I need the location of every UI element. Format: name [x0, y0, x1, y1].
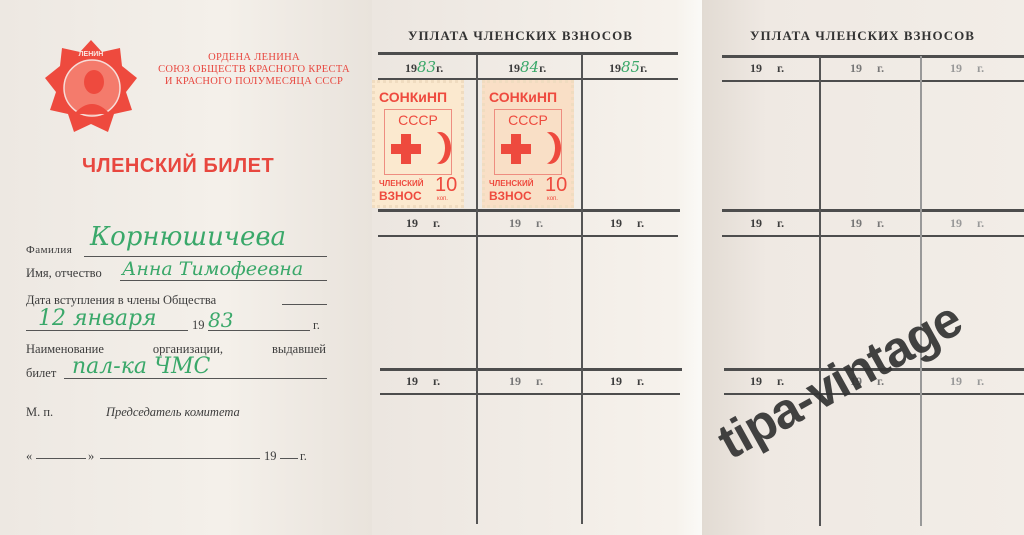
year-cell: 19 г.: [509, 374, 543, 389]
stamp-line2: ВЗНОС: [489, 189, 532, 203]
stamp-org: СОНКиНП: [489, 89, 557, 105]
column-divider: [581, 54, 583, 524]
year-cell: 19 г.: [950, 61, 984, 76]
stamp-line1: ЧЛЕНСКИЙ: [379, 179, 424, 188]
stamp-country: СССР: [495, 112, 561, 128]
table-rule: [378, 209, 680, 212]
column-divider: [476, 54, 478, 524]
join-year-value: 83: [208, 308, 233, 332]
issuing-org-value: пал-ка ЧМС: [72, 354, 210, 379]
stamp-unit: коп.: [437, 196, 448, 202]
year-cell: 19 г.: [850, 216, 884, 231]
red-cross-icon: [391, 134, 421, 164]
join-year-prefix: 19: [192, 318, 205, 333]
stamp-country: СССР: [385, 112, 451, 128]
year-cell: 19 г.: [610, 216, 644, 231]
stamp-line2: ВЗНОС: [379, 189, 422, 203]
stamp-value: 10: [545, 174, 567, 197]
dues-stamp-1983: СОНКиНП СССР ЧЛЕНСКИЙ ВЗНОС 10 коп.: [372, 80, 464, 208]
year-cell: 19 г.: [406, 216, 440, 231]
join-year-underline: [208, 330, 310, 331]
red-cross-icon: [501, 134, 531, 164]
name-value: Анна Тимофеевна: [122, 258, 303, 280]
year-cell: 19 г.: [950, 374, 984, 389]
year-cell-1983: 1983г.: [405, 58, 443, 76]
year-cell-1985: 1985г.: [609, 58, 647, 76]
year-cell: 19 г.: [750, 216, 784, 231]
name-label: Имя, отчество: [26, 266, 102, 281]
org-line-1: ОРДЕНА ЛЕНИНА: [148, 52, 360, 64]
table-rule: [722, 235, 1024, 237]
year-cell: 19 г.: [950, 216, 984, 231]
table-rule: [722, 209, 1024, 212]
red-crescent-icon: [533, 132, 555, 164]
sign-quote-close: »: [88, 449, 94, 464]
stamp-org: СОНКиНП: [379, 89, 447, 105]
dues-stamp-1984: СОНКиНП СССР ЧЛЕНСКИЙ ВЗНОС 10 коп.: [482, 80, 574, 208]
column-divider: [819, 56, 821, 526]
join-year-unit: г.: [313, 318, 320, 333]
name-underline: [120, 280, 327, 281]
emblem-label: ЛЕНИН: [79, 51, 104, 58]
table-rule: [378, 235, 678, 237]
document-title: ЧЛЕНСКИЙ БИЛЕТ: [82, 155, 274, 178]
stamp-value: 10: [435, 174, 457, 197]
table-rule: [380, 393, 680, 395]
join-day-month-value: 12 января: [38, 306, 157, 331]
table-rule: [380, 368, 682, 371]
dues-header: УПЛАТА ЧЛЕНСКИХ ВЗНОСОВ: [750, 28, 975, 44]
table-rule: [722, 55, 1024, 58]
chairman-label: Председатель комитета: [106, 405, 240, 420]
year-cell: 19 г.: [750, 61, 784, 76]
sign-quote-open: «: [26, 449, 32, 464]
year-cell: 19 г.: [406, 374, 440, 389]
year-cell: 19 г.: [850, 61, 884, 76]
sign-year-unit: г.: [300, 449, 307, 464]
order-of-lenin-emblem-icon: ЛЕНИН: [42, 38, 140, 138]
join-date-underline-1: [282, 304, 327, 305]
red-crescent-icon: [423, 132, 445, 164]
year-cell-1984: 1984г.: [508, 58, 546, 76]
surname-value: Корнюшичева: [90, 222, 286, 252]
stamp-emblem-box: СССР: [384, 109, 452, 175]
stamp-unit: коп.: [547, 196, 558, 202]
org-line-2: СОЮЗ ОБЩЕСТВ КРАСНОГО КРЕСТА: [148, 64, 360, 76]
sign-year-underline: [280, 458, 298, 459]
dues-header: УПЛАТА ЧЛЕНСКИХ ВЗНОСОВ: [408, 28, 633, 44]
organization-name: ОРДЕНА ЛЕНИНА СОЮЗ ОБЩЕСТВ КРАСНОГО КРЕС…: [148, 52, 360, 88]
stamp-line1: ЧЛЕНСКИЙ: [489, 179, 534, 188]
year-cell: 19 г.: [610, 374, 644, 389]
column-divider: [920, 56, 922, 526]
membership-card-front: ЛЕНИН ОРДЕНА ЛЕНИНА СОЮЗ ОБЩЕСТВ КРАСНОГ…: [0, 0, 372, 535]
stamp-emblem-box: СССР: [494, 109, 562, 175]
table-rule: [378, 52, 678, 55]
table-rule: [722, 80, 1024, 82]
surname-underline: [84, 256, 327, 257]
sign-year-prefix: 19: [264, 449, 277, 464]
issuing-org-label-2: билет: [26, 366, 56, 381]
sign-month-underline: [100, 458, 260, 459]
seal-label: М. п.: [26, 405, 53, 420]
year-cell: 19 г.: [509, 216, 543, 231]
dues-page-1: УПЛАТА ЧЛЕНСКИХ ВЗНОСОВ 1983г. 1984г. 19…: [372, 0, 702, 535]
org-line-3: И КРАСНОГО ПОЛУМЕСЯЦА СССР: [148, 76, 360, 88]
surname-label: Фамилия: [26, 244, 72, 256]
sign-day-underline: [36, 458, 86, 459]
